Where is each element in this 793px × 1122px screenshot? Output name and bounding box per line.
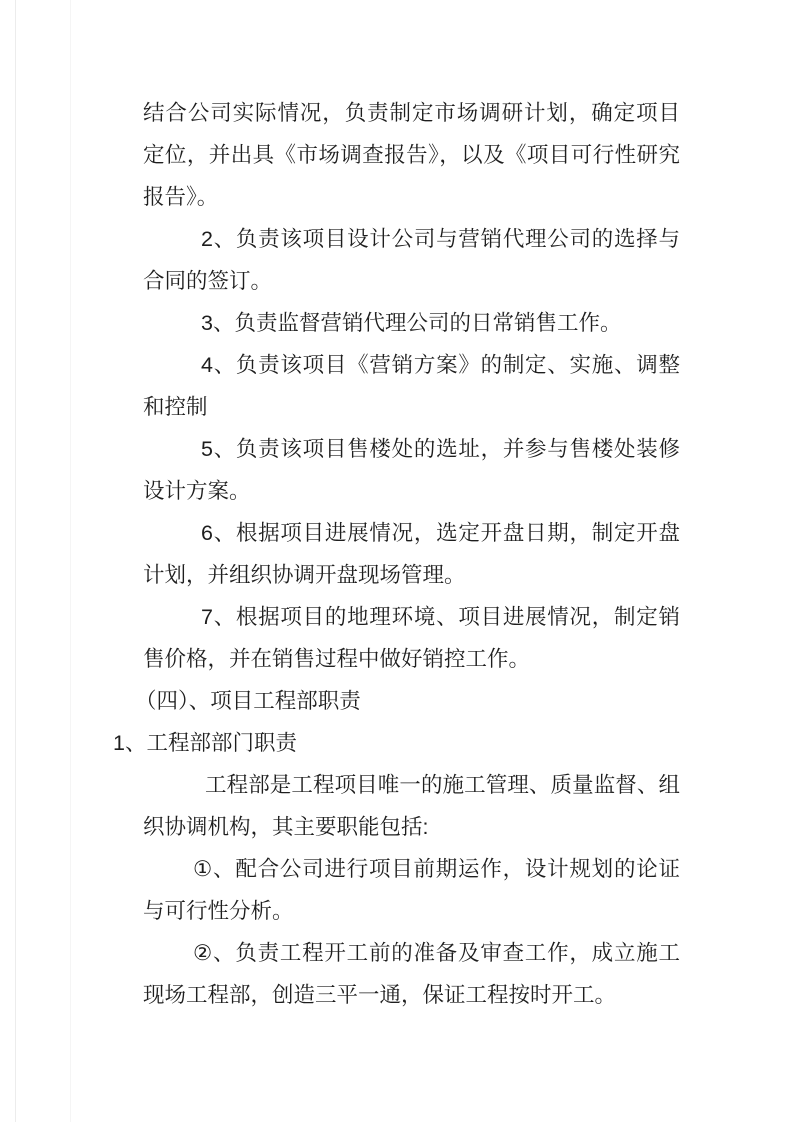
heading-section-four-engineering-dept: （四）、项目工程部职责 <box>143 680 680 722</box>
scan-edge-line-2 <box>70 0 71 1122</box>
paragraph-market-research-continuation: 结合公司实际情况，负责制定市场调研计划，确定项目定位，并出具《市场调查报告》，以… <box>143 92 680 218</box>
paragraph-item-2: 2、负责该项目设计公司与营销代理公司的选择与合同的签订。 <box>143 218 680 302</box>
paragraph-circled-item-1: ①、配合公司进行项目前期运作，设计规划的论证与可行性分析。 <box>143 848 680 932</box>
paragraph-item-6: 6、根据项目进展情况，选定开盘日期，制定开盘计划，并组织协调开盘现场管理。 <box>143 512 680 596</box>
paragraph-item-5: 5、负责该项目售楼处的选址，并参与售楼处装修设计方案。 <box>143 428 680 512</box>
paragraph-dept-intro: 工程部是工程项目唯一的施工管理、质量监督、组织协调机构，其主要职能包括: <box>143 764 680 848</box>
scan-edge-line <box>15 0 16 1122</box>
document-page: 结合公司实际情况，负责制定市场调研计划，确定项目定位，并出具《市场调查报告》，以… <box>0 0 793 1122</box>
heading-engineering-dept-duties: 1、工程部部门职责 <box>143 722 680 764</box>
paragraph-circled-item-2: ②、负责工程开工前的准备及审查工作，成立施工现场工程部，创造三平一通，保证工程按… <box>143 932 680 1016</box>
document-body: 结合公司实际情况，负责制定市场调研计划，确定项目定位，并出具《市场调查报告》，以… <box>143 92 680 1016</box>
paragraph-item-4: 4、负责该项目《营销方案》的制定、实施、调整和控制 <box>143 344 680 428</box>
paragraph-item-3: 3、负责监督营销代理公司的日常销售工作。 <box>143 302 680 344</box>
paragraph-item-7: 7、根据项目的地理环境、项目进展情况，制定销售价格，并在销售过程中做好销控工作。 <box>143 596 680 680</box>
